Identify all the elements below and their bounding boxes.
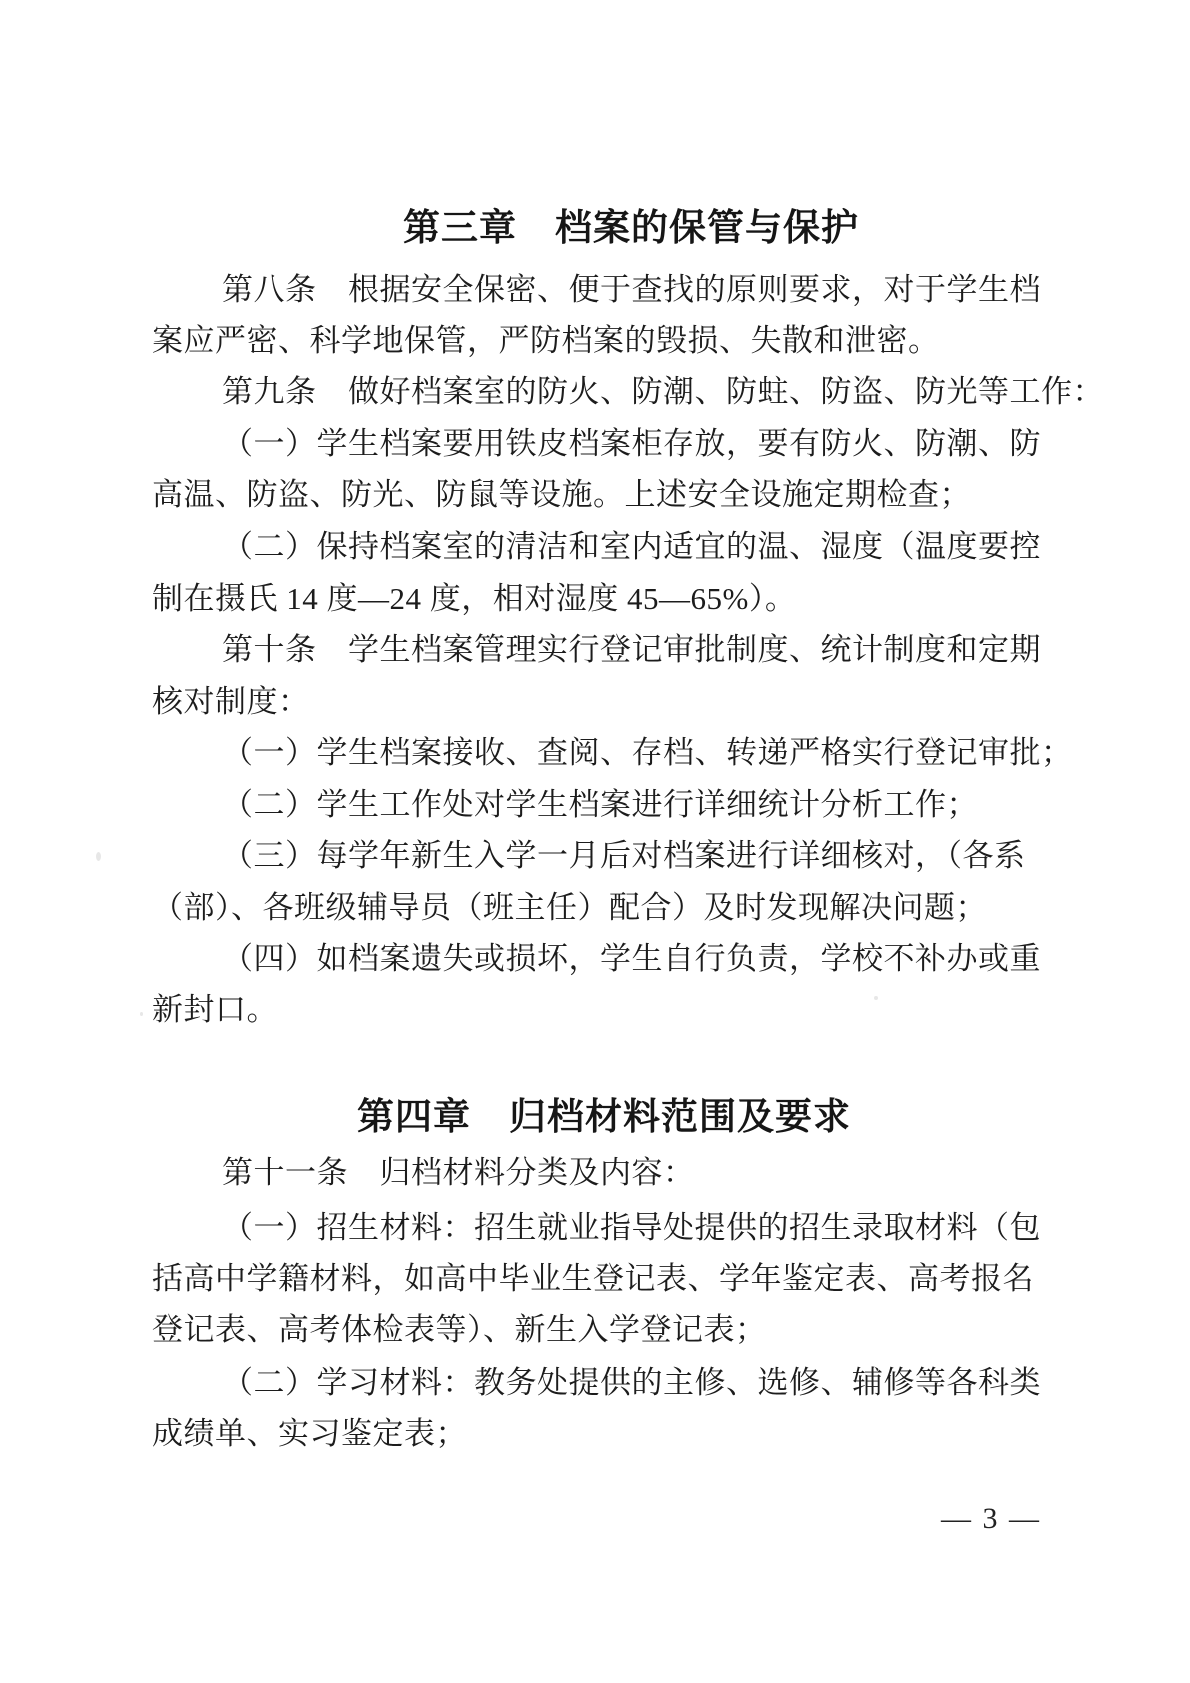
document-page: 第三章 档案的保管与保护 第八条 根据安全保密、便于查找的原则要求，对于学生档 … <box>0 0 1190 1683</box>
chapter4-heading: 第四章 归档材料范围及要求 <box>159 1096 1049 1138</box>
page-number: — 3 — <box>941 1502 1041 1536</box>
text-line: （三）每学年新生入学一月后对档案进行详细核对，（各系 <box>222 838 1026 874</box>
text-line: 制在摄氏 14 度—24 度，相对湿度 45—65%）。 <box>152 581 796 617</box>
scan-noise <box>874 996 878 1000</box>
chapter3-heading: 第三章 档案的保管与保护 <box>186 207 1076 249</box>
text-line: （二）学习材料：教务处提供的主修、选修、辅修等各科类 <box>222 1365 1041 1401</box>
text-line: 第九条 做好档案室的防火、防潮、防蛀、防盗、防光等工作： <box>222 374 1104 410</box>
text-line: （部）、各班级辅导员（班主任）配合）及时发现解决问题； <box>152 890 987 926</box>
text-line: 核对制度： <box>152 684 310 720</box>
scan-noise <box>96 852 101 861</box>
text-line: 第十条 学生档案管理实行登记审批制度、统计制度和定期 <box>222 632 1041 668</box>
text-line: （四）如档案遗失或损坏，学生自行负责，学校不补办或重 <box>222 941 1041 977</box>
text-line: （二）保持档案室的清洁和室内适宜的温、湿度（温度要控 <box>222 529 1041 565</box>
text-line: （二）学生工作处对学生档案进行详细统计分析工作； <box>222 787 978 823</box>
text-line: 新封口。 <box>152 992 278 1028</box>
text-line: （一）学生档案接收、查阅、存档、转递严格实行登记审批； <box>222 735 1073 771</box>
scan-noise <box>140 1012 143 1016</box>
text-line: 登记表、高考体检表等）、新生入学登记表； <box>152 1312 767 1348</box>
text-line: 第十一条 归档材料分类及内容： <box>222 1155 695 1191</box>
text-line: 案应严密、科学地保管，严防档案的毁损、失散和泄密。 <box>152 323 940 359</box>
text-line: 括高中学籍材料，如高中毕业生登记表、学年鉴定表、高考报名 <box>152 1261 1034 1297</box>
text-line: （一）招生材料：招生就业指导处提供的招生录取材料（包 <box>222 1210 1041 1246</box>
text-line: 第八条 根据安全保密、便于查找的原则要求，对于学生档 <box>222 272 1041 308</box>
text-line: 高温、防盗、防光、防鼠等设施。上述安全设施定期检查； <box>152 477 971 513</box>
text-line: 成绩单、实习鉴定表； <box>152 1416 467 1452</box>
text-line: （一）学生档案要用铁皮档案柜存放，要有防火、防潮、防 <box>222 426 1041 462</box>
